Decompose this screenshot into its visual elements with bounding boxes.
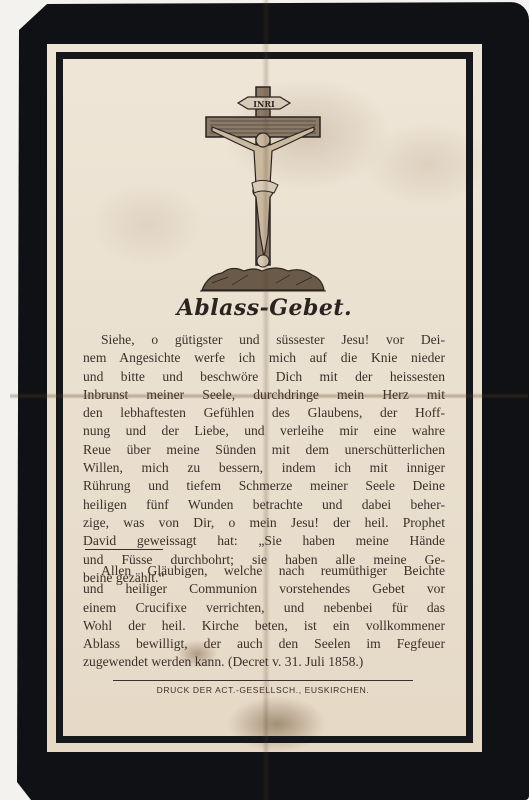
vertical-fold-crease <box>262 0 270 800</box>
section-divider <box>85 549 163 550</box>
